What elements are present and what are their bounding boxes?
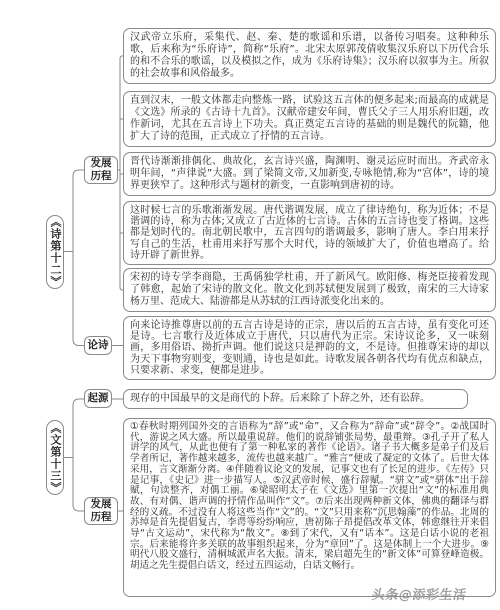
- connector-poetry-bracket: [73, 170, 84, 346]
- poetry-dev-box-jin-dynasty: 晋代诗渐渐排偶化、典故化，玄言诗兴盛，陶渊明、谢灵运应时而出。齐武帝永明年间，“…: [123, 152, 496, 196]
- poetry-dev-box-tang-dynasty: 这时候七言的乐歌渐渐发展。唐代谐调发展，成立了律诗绝句，称为近体；不是谐调的诗，…: [123, 201, 496, 265]
- prose-origin-box: 现存的中国最早的文是商代的卜辞。后来除了卜辞之外，还有讼辞。: [123, 389, 468, 409]
- poetry-dev-box-five-character: 直到汉末，一般文体都走向整炼一路，试验这五言体的便多起来;而最高的成就是《文选》…: [123, 91, 496, 147]
- branch-node-poetry-criticism: 论诗: [84, 336, 112, 355]
- poetry-criticism-box: 向来论诗推尊唐以前的五言古诗是诗的正宗，唐以后的五言古诗，虽有变化可还是诗。七言…: [123, 316, 496, 380]
- section-label-prose: 《文第十三》: [46, 420, 64, 495]
- branch-node-prose-origin: 起源: [84, 389, 112, 408]
- poetry-dev-box-song-dynasty: 宋初的诗专学李商隐，王禹偁独学杜甫，开了新风气。欧阳修、梅尧臣接着发现了韩愈，起…: [123, 268, 496, 312]
- mindmap: 《诗第十二》 《文第十三》 发展历程 论诗 起源 发展历程 汉武帝立乐府，采集代…: [0, 0, 500, 610]
- branch-node-poetry-development: 发展历程: [84, 156, 118, 184]
- branch-node-prose-development: 发展历程: [84, 497, 118, 525]
- watermark: 头条@添彩生活: [371, 584, 468, 603]
- poetry-dev-box-yuefu: 汉武帝立乐府，采集代、赵、秦、楚的歌谣和乐谱，以备传习唱奏。这种种乐歌，后来称为…: [123, 28, 496, 84]
- connector-prose-bracket: [73, 399, 84, 511]
- section-label-poetry: 《诗第十二》: [46, 215, 64, 289]
- prose-dev-box: ①春秋时期列国外交的言语称为“辞”或“命”，又合称为“辞命”或“辞令”。②战国时…: [123, 418, 496, 597]
